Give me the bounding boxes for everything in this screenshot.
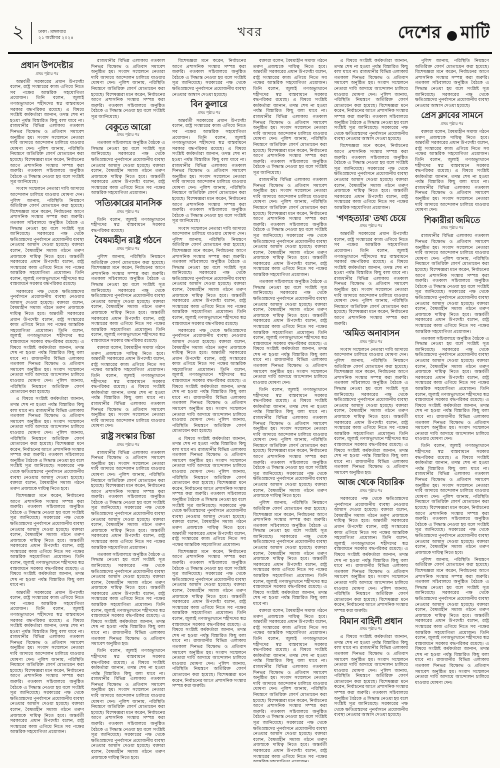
body-paragraph: সংবাদ সম্মেলনে নেতারা দাবি আদায়ে আন্দোল… bbox=[172, 226, 246, 327]
header-divider bbox=[31, 22, 32, 44]
body-paragraph: গতকাল সচিবালয়ে অনুষ্ঠিত বৈঠকে এ সিদ্ধান… bbox=[415, 336, 489, 442]
section-title: খবর bbox=[237, 24, 262, 44]
body-paragraph: রাজধানীর বিভিন্ন এলাকায় গতকাল দিনভর বিক… bbox=[91, 58, 165, 120]
story-byline: প্রথম পৃষ্ঠার পর bbox=[91, 133, 165, 138]
story-headline: প্রধান উপদেষ্টার bbox=[10, 61, 84, 71]
page-number: ২ bbox=[12, 22, 24, 44]
body-paragraph: বক্তারা বলেন, বৈষম্যহীন সমাজ গঠনে তরুণ প… bbox=[415, 129, 489, 213]
body-paragraph: অন্তর্বর্তী সরকারের প্রধান উপদেষ্টা বলেন… bbox=[334, 231, 408, 326]
story-headline: বৈষম্যহীন রাষ্ট্র গঠনে bbox=[91, 236, 165, 246]
newspaper-page: ২ ঢাকা : মঙ্গলবার ২১ অক্টোবর ২০২৪ খবর দে… bbox=[0, 0, 500, 768]
body-paragraph: বক্তারা বলেন, বৈষম্যহীন সমাজ গঠনে তরুণ প… bbox=[253, 58, 327, 175]
story-byline: প্রথম পৃষ্ঠার পর bbox=[415, 122, 489, 127]
body-paragraph: পুলিশ জানায়, পরিস্থিতি নিয়ন্ত্রণে অতির… bbox=[415, 557, 489, 686]
body-paragraph: রাজধানীর বিভিন্ন এলাকায় গতকাল দিনভর বিক… bbox=[253, 177, 327, 278]
body-paragraph: সরকারের পক্ষ থেকে ক্ষতিগ্রস্তদের পুনর্বা… bbox=[10, 289, 84, 395]
dateline-line1: ঢাকা : মঙ্গলবার bbox=[38, 29, 66, 34]
body-paragraph: রাজধানীর বিভিন্ন এলাকায় গতকাল দিনভর বিক… bbox=[415, 233, 489, 334]
body-paragraph: তিনি বলেন, জুলাই গণঅভ্যুত্থানে শহীদদের স… bbox=[91, 648, 165, 760]
news-column-1: প্রধান উপদেষ্টারপ্রথম পৃষ্ঠার পরঅন্তর্বর… bbox=[10, 58, 84, 762]
body-paragraph: গতকাল সচিবালয়ে অনুষ্ঠিত বৈঠকে এ সিদ্ধান… bbox=[253, 279, 327, 385]
body-paragraph: বক্তারা বলেন, বৈষম্যহীন সমাজ গঠনে তরুণ প… bbox=[253, 608, 327, 762]
story-byline: প্রথম পৃষ্ঠার পর bbox=[91, 210, 165, 215]
story-byline: প্রথম পৃষ্ঠার পর bbox=[334, 489, 408, 494]
story-byline: প্রথম পৃষ্ঠার পর bbox=[334, 340, 408, 345]
story-headline: 'সত্যিকারের মানসিক bbox=[91, 199, 165, 209]
masthead-dot-icon bbox=[447, 31, 457, 41]
story-byline: প্রথম পৃষ্ঠার পর bbox=[334, 224, 408, 229]
body-paragraph: তিনি বলেন, জুলাই গণঅভ্যুত্থানে শহীদদের স… bbox=[91, 217, 165, 234]
story-byline: প্রথম পৃষ্ঠার পর bbox=[91, 247, 165, 252]
body-paragraph: পুলিশ জানায়, পরিস্থিতি নিয়ন্ত্রণে অতির… bbox=[415, 58, 489, 108]
body-paragraph: অন্তর্বর্তী সরকারের প্রধান উপদেষ্টা বলেন… bbox=[10, 590, 84, 735]
header-rule bbox=[8, 52, 492, 54]
story-headline: রাষ্ট্র সংস্কার চিন্তা bbox=[91, 432, 165, 442]
story-headline: শিকারীরা জমিতে bbox=[415, 216, 489, 226]
body-paragraph: তিনি বলেন, জুলাই গণঅভ্যুত্থানে শহীদদের স… bbox=[253, 387, 327, 499]
body-paragraph: এ বিষয়ে সংশ্লিষ্ট কর্মকর্তারা জানান, তদ… bbox=[10, 396, 84, 491]
story-headline: বিন কুলারে bbox=[172, 100, 246, 110]
news-column-6: পুলিশ জানায়, পরিস্থিতি নিয়ন্ত্রণে অতির… bbox=[415, 58, 489, 762]
news-column-4: বক্তারা বলেন, বৈষম্যহীন সমাজ গঠনে তরুণ প… bbox=[253, 58, 327, 762]
body-paragraph: পুলিশ জানায়, পরিস্থিতি নিয়ন্ত্রণে অতির… bbox=[253, 500, 327, 606]
page-header: ২ ঢাকা : মঙ্গলবার ২১ অক্টোবর ২০২৪ খবর দে… bbox=[8, 20, 492, 50]
body-paragraph: সরকারের পক্ষ থেকে ক্ষতিগ্রস্তদের পুনর্বা… bbox=[172, 328, 246, 434]
story-byline: প্রথম পৃষ্ঠার পর bbox=[10, 72, 84, 77]
body-paragraph: সংবাদ সম্মেলনে নেতারা দাবি আদায়ে আন্দোল… bbox=[334, 347, 408, 476]
story-headline: 'অমিত অনাবাসন bbox=[334, 329, 408, 339]
masthead-word-left: দেশের bbox=[398, 20, 442, 48]
body-paragraph: রাজধানীর বিভিন্ন এলাকায় গতকাল দিনভর বিক… bbox=[91, 450, 165, 551]
story-headline: বেকুতে আরো bbox=[91, 123, 165, 133]
body-paragraph: এ বিষয়ে সংশ্লিষ্ট কর্মকর্তারা জানান, তদ… bbox=[334, 58, 408, 142]
news-column-2: রাজধানীর বিভিন্ন এলাকায় গতকাল দিনভর বিক… bbox=[91, 58, 165, 762]
story-headline: আজ থেকে বিচারিক bbox=[334, 478, 408, 488]
body-paragraph: গতকাল সচিবালয়ে অনুষ্ঠিত বৈঠকে এ সিদ্ধান… bbox=[91, 552, 165, 647]
body-paragraph: অন্তর্বর্তী সরকারের প্রধান উপদেষ্টা বলেন… bbox=[172, 118, 246, 224]
dateline-line2: ২১ অক্টোবর ২০২৪ bbox=[38, 35, 73, 40]
story-byline: প্রথম পৃষ্ঠার পর bbox=[172, 111, 246, 116]
dateline: ঢাকা : মঙ্গলবার ২১ অক্টোবর ২০২৪ bbox=[38, 25, 73, 42]
story-headline: প্রেস ক্লাবের সামনে bbox=[415, 111, 489, 121]
body-paragraph: অন্তর্বর্তী সরকারের প্রধান উপদেষ্টা বলেন… bbox=[10, 79, 84, 185]
body-paragraph: তিনি বলেন, জুলাই গণঅভ্যুত্থানে শহীদদের স… bbox=[415, 443, 489, 555]
masthead: দেশের মাটি bbox=[398, 20, 490, 48]
body-paragraph: সংবাদ সম্মেলনে নেতারা দাবি আদায়ে আন্দোল… bbox=[10, 186, 84, 287]
page-number-group: ২ ঢাকা : মঙ্গলবার ২১ অক্টোবর ২০২৪ bbox=[12, 22, 74, 44]
body-paragraph: গতকাল সচিবালয়ে অনুষ্ঠিত বৈঠকে এ সিদ্ধান… bbox=[91, 140, 165, 196]
body-paragraph: পুলিশ জানায়, পরিস্থিতি নিয়ন্ত্রণে অতির… bbox=[91, 254, 165, 344]
story-byline: প্রথম পৃষ্ঠার পর bbox=[415, 226, 489, 231]
body-paragraph: সরকারের পক্ষ থেকে ক্ষতিগ্রস্তদের পুনর্বা… bbox=[334, 496, 408, 613]
body-paragraph: বিশেষজ্ঞরা মনে করেন, নির্বাচনের আগে প্রশ… bbox=[10, 493, 84, 588]
body-paragraph: এ বিষয়ে সংশ্লিষ্ট কর্মকর্তারা জানান, তদ… bbox=[172, 436, 246, 548]
body-paragraph: বক্তারা বলেন, বৈষম্যহীন সমাজ গঠনে তরুণ প… bbox=[91, 345, 165, 429]
body-paragraph: এ বিষয়ে সংশ্লিষ্ট কর্মকর্তারা জানান, তদ… bbox=[334, 634, 408, 718]
news-column-5: এ বিষয়ে সংশ্লিষ্ট কর্মকর্তারা জানান, তদ… bbox=[334, 58, 408, 762]
story-byline: প্রথম পৃষ্ঠার পর bbox=[334, 627, 408, 632]
body-paragraph: বিশেষজ্ঞরা মনে করেন, নির্বাচনের আগে প্রশ… bbox=[172, 549, 246, 689]
masthead-word-right: মাটি bbox=[461, 20, 491, 48]
body-paragraph: বিশেষজ্ঞরা মনে করেন, নির্বাচনের আগে প্রশ… bbox=[334, 143, 408, 210]
body-paragraph: বিশেষজ্ঞরা মনে করেন, নির্বাচনের আগে প্রশ… bbox=[172, 58, 246, 97]
story-headline: 'গণহত্যার' তথ্য চেয়ে bbox=[334, 214, 408, 224]
story-byline: প্রথম পৃষ্ঠার পর bbox=[91, 443, 165, 448]
story-headline: বিমান বাহিনী প্রধান bbox=[334, 617, 408, 627]
news-column-3: বিশেষজ্ঞরা মনে করেন, নির্বাচনের আগে প্রশ… bbox=[172, 58, 246, 762]
